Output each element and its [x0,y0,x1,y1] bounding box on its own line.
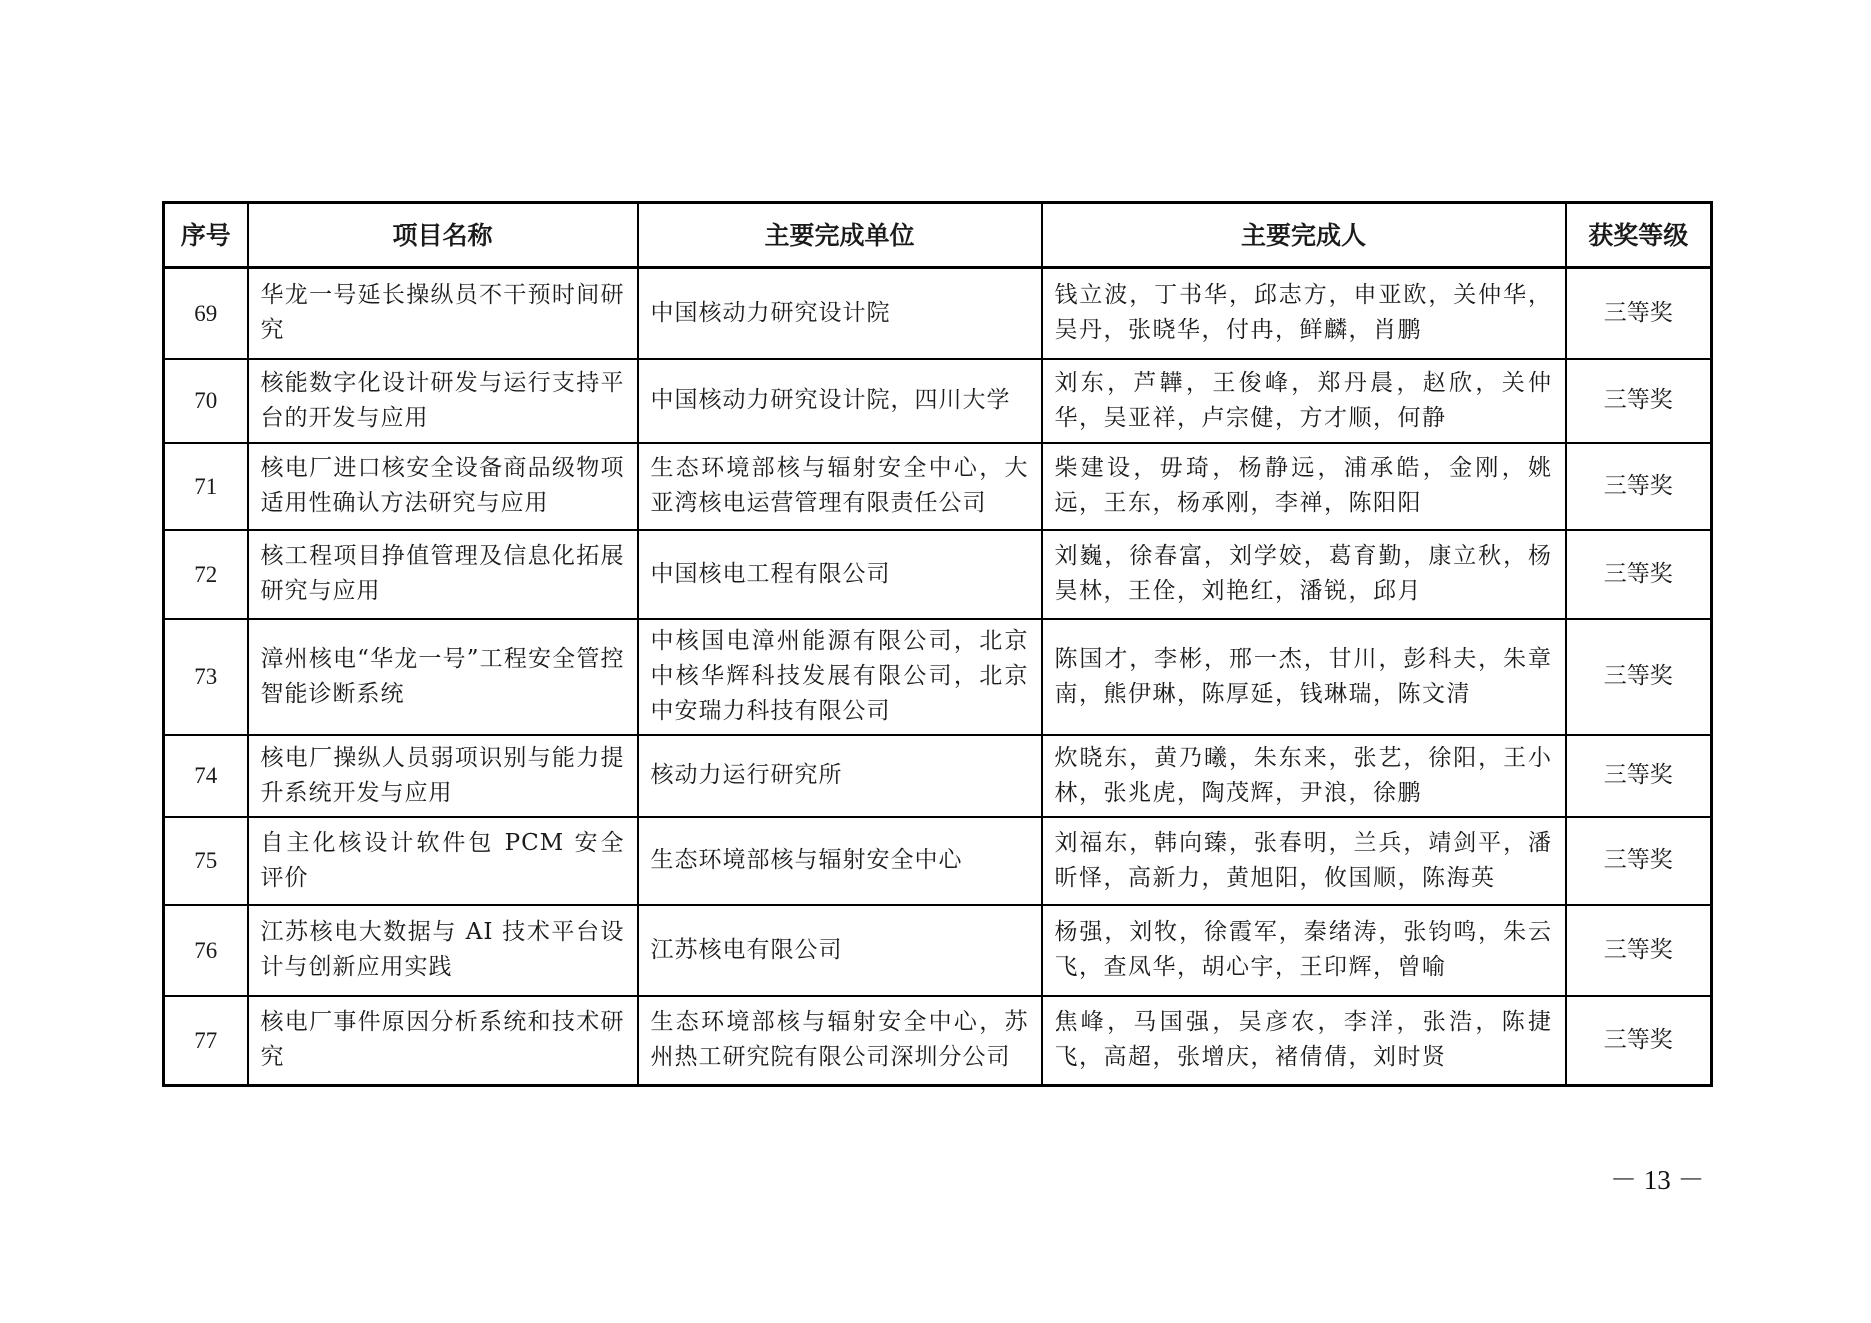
header-award-grade: 获奖等级 [1566,203,1712,268]
cell-completion-people: 刘巍，徐春富，刘学姣，葛育勤，康立秋，杨昊林，王佺，刘艳红，潘锐，邱月 [1042,530,1566,619]
cell-project-name: 自主化核设计软件包 PCM 安全评价 [248,817,638,905]
awards-table: 序号 项目名称 主要完成单位 主要完成人 获奖等级 69 华龙一号延长操纵员不干… [162,201,1713,1087]
cell-completion-people: 柴建设，毋琦，杨静远，浦承皓，金刚，姚远，王东，杨承刚，李禅，陈阳阳 [1042,443,1566,530]
cell-completion-unit: 中国核电工程有限公司 [638,530,1042,619]
table-row: 73 漳州核电“华龙一号”工程安全管控智能诊断系统 中核国电漳州能源有限公司，北… [164,619,1712,735]
cell-index: 71 [164,443,248,530]
cell-completion-unit: 中国核动力研究设计院 [638,268,1042,359]
cell-index: 76 [164,905,248,996]
cell-project-name: 核电厂操纵人员弱项识别与能力提升系统开发与应用 [248,735,638,817]
cell-index: 69 [164,268,248,359]
cell-completion-unit: 江苏核电有限公司 [638,905,1042,996]
cell-award-grade: 三等奖 [1566,996,1712,1086]
cell-completion-people: 杨强，刘牧，徐霞军，秦绪涛，张钧鸣，朱云飞，查凤华，胡心宇，王印辉，曾喻 [1042,905,1566,996]
cell-completion-people: 钱立波，丁书华，邱志方，申亚欧，关仲华，吴丹，张晓华，付冉，鲜麟，肖鹏 [1042,268,1566,359]
cell-completion-people: 刘东，芦韡，王俊峰，郑丹晨，赵欣，关仲华，吴亚祥，卢宗健，方才顺，何静 [1042,359,1566,443]
cell-project-name: 华龙一号延长操纵员不干预时间研究 [248,268,638,359]
table-row: 76 江苏核电大数据与 AI 技术平台设计与创新应用实践 江苏核电有限公司 杨强… [164,905,1712,996]
cell-completion-unit: 中国核动力研究设计院，四川大学 [638,359,1042,443]
cell-completion-people: 陈国才，李彬，邢一杰，甘川，彭科夫，朱章南，熊伊琳，陈厚延，钱琳瑞，陈文清 [1042,619,1566,735]
cell-award-grade: 三等奖 [1566,359,1712,443]
header-project-name: 项目名称 [248,203,638,268]
cell-index: 70 [164,359,248,443]
table-row: 69 华龙一号延长操纵员不干预时间研究 中国核动力研究设计院 钱立波，丁书华，邱… [164,268,1712,359]
cell-index: 72 [164,530,248,619]
cell-index: 75 [164,817,248,905]
cell-completion-unit: 生态环境部核与辐射安全中心，苏州热工研究院有限公司深圳分公司 [638,996,1042,1086]
table-header-row: 序号 项目名称 主要完成单位 主要完成人 获奖等级 [164,203,1712,268]
cell-completion-unit: 生态环境部核与辐射安全中心，大亚湾核电运营管理有限责任公司 [638,443,1042,530]
cell-index: 74 [164,735,248,817]
cell-award-grade: 三等奖 [1566,443,1712,530]
header-completion-people: 主要完成人 [1042,203,1566,268]
cell-award-grade: 三等奖 [1566,817,1712,905]
document-page: 序号 项目名称 主要完成单位 主要完成人 获奖等级 69 华龙一号延长操纵员不干… [0,0,1871,1323]
header-completion-unit: 主要完成单位 [638,203,1042,268]
table-body: 69 华龙一号延长操纵员不干预时间研究 中国核动力研究设计院 钱立波，丁书华，邱… [164,268,1712,1086]
table-row: 75 自主化核设计软件包 PCM 安全评价 生态环境部核与辐射安全中心 刘福东，… [164,817,1712,905]
cell-index: 73 [164,619,248,735]
cell-index: 77 [164,996,248,1086]
cell-award-grade: 三等奖 [1566,619,1712,735]
table-row: 72 核工程项目挣值管理及信息化拓展研究与应用 中国核电工程有限公司 刘巍，徐春… [164,530,1712,619]
cell-completion-people: 刘福东，韩向臻，张春明，兰兵，靖剑平，潘昕怿，高新力，黄旭阳，攸国顺，陈海英 [1042,817,1566,905]
cell-award-grade: 三等奖 [1566,905,1712,996]
cell-award-grade: 三等奖 [1566,268,1712,359]
cell-completion-unit: 生态环境部核与辐射安全中心 [638,817,1042,905]
table-row: 77 核电厂事件原因分析系统和技术研究 生态环境部核与辐射安全中心，苏州热工研究… [164,996,1712,1086]
cell-completion-people: 焦峰，马国强，吴彦农，李洋，张浩，陈捷飞，高超，张增庆，褚倩倩，刘时贤 [1042,996,1566,1086]
cell-award-grade: 三等奖 [1566,530,1712,619]
cell-project-name: 核电厂事件原因分析系统和技术研究 [248,996,638,1086]
table-row: 70 核能数字化设计研发与运行支持平台的开发与应用 中国核动力研究设计院，四川大… [164,359,1712,443]
cell-project-name: 核工程项目挣值管理及信息化拓展研究与应用 [248,530,638,619]
header-index: 序号 [164,203,248,268]
cell-completion-unit: 中核国电漳州能源有限公司，北京中核华辉科技发展有限公司，北京中安瑞力科技有限公司 [638,619,1042,735]
table-row: 74 核电厂操纵人员弱项识别与能力提升系统开发与应用 核动力运行研究所 炊晓东，… [164,735,1712,817]
page-number: － 13 － [1610,1158,1705,1197]
cell-completion-people: 炊晓东，黄乃曦，朱东来，张艺，徐阳，王小林，张兆虎，陶茂辉，尹浪，徐鹏 [1042,735,1566,817]
cell-completion-unit: 核动力运行研究所 [638,735,1042,817]
cell-award-grade: 三等奖 [1566,735,1712,817]
table-row: 71 核电厂进口核安全设备商品级物项适用性确认方法研究与应用 生态环境部核与辐射… [164,443,1712,530]
cell-project-name: 江苏核电大数据与 AI 技术平台设计与创新应用实践 [248,905,638,996]
cell-project-name: 核能数字化设计研发与运行支持平台的开发与应用 [248,359,638,443]
cell-project-name: 漳州核电“华龙一号”工程安全管控智能诊断系统 [248,619,638,735]
cell-project-name: 核电厂进口核安全设备商品级物项适用性确认方法研究与应用 [248,443,638,530]
